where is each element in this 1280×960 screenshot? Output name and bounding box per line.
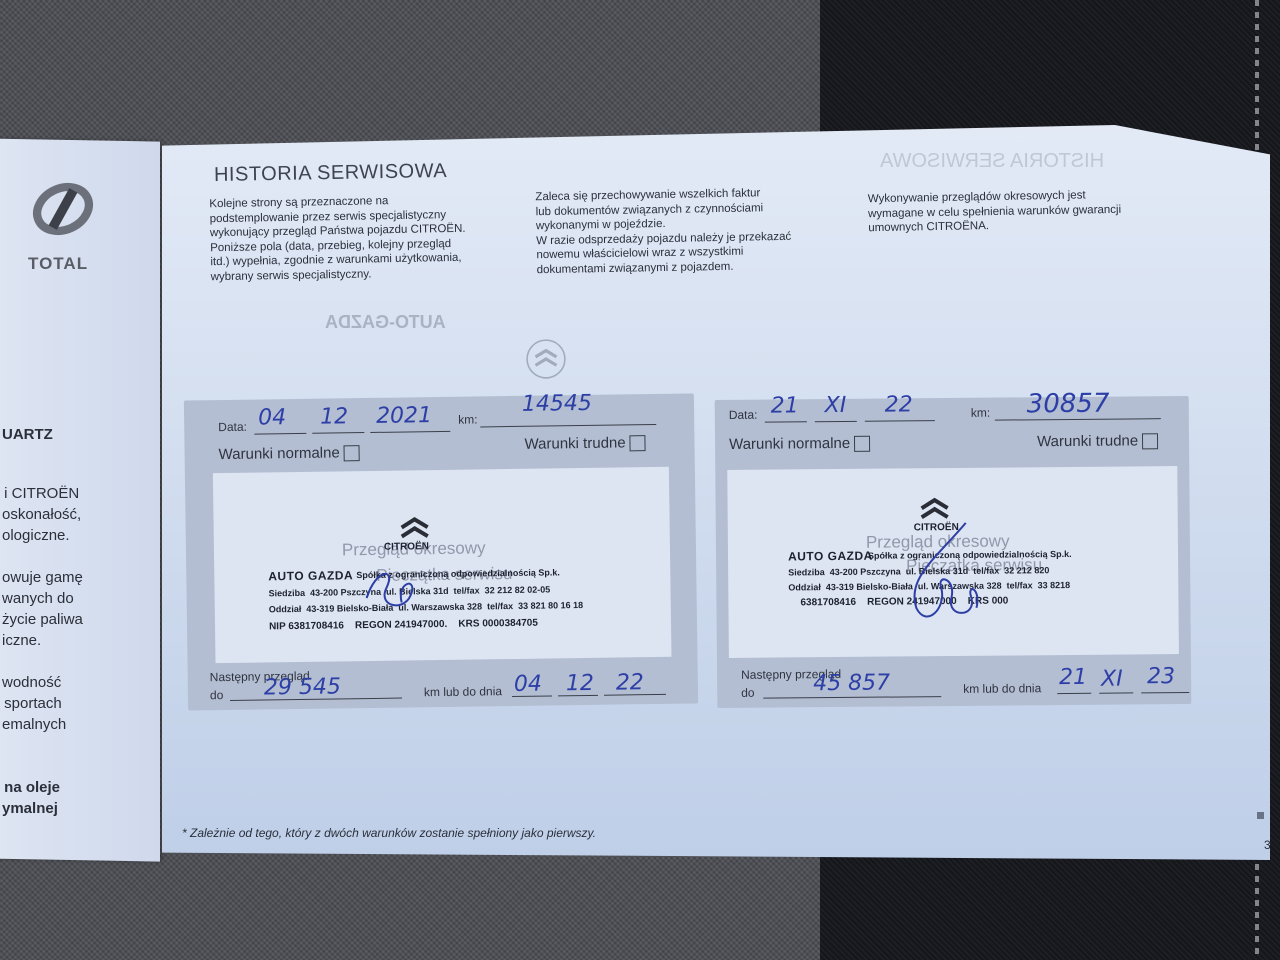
faded-stamp-name: AUTO-GAZDA — [325, 312, 446, 333]
service-entry-2: Data: 21 XI 22 km: 30857 Warunki normaln… — [715, 396, 1192, 708]
left-page-line: emalnych — [2, 714, 66, 735]
bleed-through-title: HISTORIA SERWISOWA — [880, 150, 1104, 173]
date-year-1[interactable]: 2021 — [376, 403, 432, 429]
total-brand: TOTAL — [28, 254, 88, 274]
hard-conditions-1[interactable]: Warunki trudne — [524, 434, 645, 453]
km-label-1: km: — [458, 412, 478, 426]
next-date-year-1[interactable]: 22 — [616, 670, 644, 695]
km-label-2: km: — [971, 406, 990, 420]
signature-1 — [356, 557, 427, 618]
next-date-month-1[interactable]: 12 — [566, 671, 594, 696]
next-do-label-2: do — [741, 686, 754, 700]
page-number: 3 — [1264, 838, 1271, 852]
date-day-1[interactable]: 04 — [258, 405, 286, 430]
citroen-chevrons-icon — [918, 496, 952, 520]
next-km-2[interactable]: 45 857 — [813, 671, 890, 697]
next-date-month-2[interactable]: XI — [1101, 667, 1123, 692]
next-date-day-1[interactable]: 04 — [514, 672, 542, 697]
date-label-2: Data: — [729, 408, 758, 422]
left-page-line: ymalnej — [2, 798, 58, 819]
date-label-1: Data: — [218, 420, 247, 434]
page-title: HISTORIA SERWISOWA — [214, 160, 447, 187]
left-page-line: owuje gamę — [2, 567, 83, 588]
date-month-1[interactable]: 12 — [320, 404, 348, 429]
date-month-2[interactable]: XI — [825, 393, 847, 418]
footnote: * Zależnie od tego, który z dwóch warunk… — [182, 826, 596, 840]
total-logo-icon — [32, 178, 94, 240]
hard-conditions-2[interactable]: Warunki trudne — [1037, 432, 1158, 450]
next-km-1[interactable]: 29 545 — [264, 674, 341, 700]
left-page-line: ologiczne. — [2, 525, 70, 546]
left-page-line: UARTZ — [2, 424, 53, 445]
citroen-faded-logo-icon — [525, 338, 567, 380]
service-entry-1: Data: 04 12 2021 km: 14545 Warunki norma… — [184, 393, 698, 710]
left-page-line: iczne. — [2, 630, 41, 651]
hard-checkbox-1[interactable] — [630, 435, 646, 451]
next-do-label-1: do — [210, 688, 224, 702]
next-date-day-2[interactable]: 21 — [1059, 665, 1087, 690]
warranty-text: Wykonywanie przeglądów okresowych jest w… — [868, 188, 1122, 236]
next-date-year-2[interactable]: 23 — [1147, 664, 1175, 689]
normal-conditions-1[interactable]: Warunki normalne — [218, 444, 359, 463]
stamp-name-2: AUTO GAZDA — [788, 549, 873, 564]
citroen-chevrons-icon — [397, 515, 431, 539]
date-year-2[interactable]: 22 — [885, 392, 913, 417]
intro-text: Kolejne strony są przeznaczone na podste… — [209, 193, 466, 284]
date-day-2[interactable]: 21 — [771, 393, 799, 418]
hard-checkbox-2[interactable] — [1142, 433, 1158, 449]
left-page-line: i CITROËN — [0, 483, 79, 504]
left-page-line: na oleje — [0, 777, 60, 798]
stamp-name-1: AUTO GAZDA — [268, 568, 353, 583]
left-page-line: sportach — [0, 693, 62, 714]
km-value-1[interactable]: 14545 — [522, 391, 592, 417]
normal-checkbox-1[interactable] — [344, 445, 360, 461]
left-page-line: życie paliwa — [2, 609, 83, 630]
normal-conditions-2[interactable]: Warunki normalne — [729, 435, 870, 453]
normal-checkbox-2[interactable] — [854, 436, 870, 452]
km-or-date-label-2: km lub do dnia — [963, 681, 1041, 696]
left-page-line: wodność — [2, 672, 61, 693]
left-page-line: oskonałość, — [2, 504, 81, 525]
km-or-date-label-1: km lub do dnia — [424, 684, 502, 699]
advice-text: Zaleca się przechowywanie wszelkich fakt… — [535, 186, 792, 277]
km-value-2[interactable]: 30857 — [1027, 389, 1110, 420]
page-corner-mark — [1257, 812, 1264, 819]
stamp-brand-1: CITROËN — [384, 541, 429, 553]
left-page-line: wanych do — [2, 588, 74, 609]
signature-2 — [896, 518, 987, 629]
